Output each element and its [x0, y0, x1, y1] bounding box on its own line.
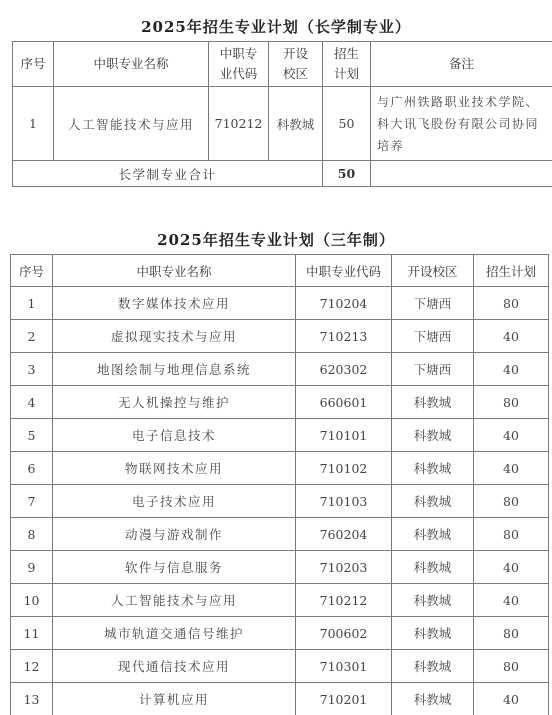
cell-no: 9	[11, 551, 53, 584]
cell-no: 8	[11, 518, 53, 551]
total-value: 50	[323, 161, 371, 187]
cell-name: 电子技术应用	[53, 485, 296, 518]
table-row: 7电子技术应用710103科教城80	[11, 485, 549, 518]
cell-code: 710212	[209, 87, 269, 161]
header-name: 中职专业名称	[54, 42, 209, 87]
cell-campus: 科教城	[392, 683, 474, 715]
cell-name: 现代通信技术应用	[53, 650, 296, 683]
cell-campus: 科教城	[392, 419, 474, 452]
cell-plan: 40	[474, 353, 549, 386]
cell-plan: 80	[474, 287, 549, 320]
table-row: 2虚拟现实技术与应用710213下塘西40	[11, 320, 549, 353]
cell-name: 地图绘制与地理信息系统	[53, 353, 296, 386]
cell-no: 1	[13, 87, 54, 161]
header-note: 备注	[371, 42, 552, 87]
header-plan: 招生计划	[323, 42, 371, 87]
cell-code: 710201	[296, 683, 392, 715]
cell-campus: 科教城	[269, 87, 323, 161]
cell-code: 710204	[296, 287, 392, 320]
cell-name: 无人机操控与维护	[53, 386, 296, 419]
cell-name: 城市轨道交通信号维护	[53, 617, 296, 650]
cell-plan: 80	[474, 485, 549, 518]
table-row: 1 人工智能技术与应用 710212 科教城 50 与广州铁路职业技术学院、科大…	[13, 87, 552, 161]
table-row: 9软件与信息服务710203科教城40	[11, 551, 549, 584]
cell-plan: 40	[474, 584, 549, 617]
cell-code: 620302	[296, 353, 392, 386]
cell-campus: 下塘西	[392, 320, 474, 353]
table-row: 8动漫与游戏制作760204科教城80	[11, 518, 549, 551]
cell-code: 710301	[296, 650, 392, 683]
cell-plan: 40	[474, 551, 549, 584]
cell-plan: 40	[474, 419, 549, 452]
header-code: 中职专业代码	[209, 42, 269, 87]
cell-campus: 科教城	[392, 485, 474, 518]
cell-no: 11	[11, 617, 53, 650]
cell-name: 电子信息技术	[53, 419, 296, 452]
cell-name: 虚拟现实技术与应用	[53, 320, 296, 353]
long-program-table: 序号 中职专业名称 中职专业代码 开设校区 招生计划 备注 1 人工智能技术与应…	[12, 41, 552, 187]
table-row: 13计算机应用710201科教城40	[11, 683, 549, 715]
cell-plan: 80	[474, 617, 549, 650]
cell-code: 660601	[296, 386, 392, 419]
total-row: 长学制专业合计 50	[13, 161, 552, 187]
cell-code: 710212	[296, 584, 392, 617]
cell-plan: 80	[474, 518, 549, 551]
cell-code: 710102	[296, 452, 392, 485]
table1-header-row: 序号 中职专业名称 中职专业代码 开设校区 招生计划 备注	[13, 42, 552, 87]
header-plan: 招生计划	[474, 255, 549, 287]
table-row: 11城市轨道交通信号维护700602科教城80	[11, 617, 549, 650]
cell-name: 软件与信息服务	[53, 551, 296, 584]
cell-plan: 80	[474, 386, 549, 419]
cell-code: 710213	[296, 320, 392, 353]
cell-code: 710103	[296, 485, 392, 518]
cell-plan: 40	[474, 452, 549, 485]
cell-name: 人工智能技术与应用	[54, 87, 209, 161]
cell-no: 1	[11, 287, 53, 320]
cell-plan: 50	[323, 87, 371, 161]
table-row: 5电子信息技术710101科教城40	[11, 419, 549, 452]
cell-campus: 科教城	[392, 617, 474, 650]
cell-campus: 科教城	[392, 584, 474, 617]
table2-header-row: 序号 中职专业名称 中职专业代码 开设校区 招生计划	[11, 255, 549, 287]
cell-campus: 下塘西	[392, 287, 474, 320]
cell-campus: 科教城	[392, 551, 474, 584]
table-row: 1数字媒体技术应用710204下塘西80	[11, 287, 549, 320]
header-no: 序号	[11, 255, 53, 287]
table-row: 12现代通信技术应用710301科教城80	[11, 650, 549, 683]
header-campus: 开设校区	[392, 255, 474, 287]
header-no: 序号	[13, 42, 54, 87]
cell-name: 数字媒体技术应用	[53, 287, 296, 320]
cell-no: 6	[11, 452, 53, 485]
table-row: 4无人机操控与维护660601科教城80	[11, 386, 549, 419]
cell-plan: 40	[474, 320, 549, 353]
cell-name: 物联网技术应用	[53, 452, 296, 485]
cell-no: 5	[11, 419, 53, 452]
table1-title: 2025年招生专业计划（长学制专业）	[0, 16, 552, 37]
header-code: 中职专业代码	[296, 255, 392, 287]
cell-code: 710203	[296, 551, 392, 584]
cell-campus: 下塘西	[392, 353, 474, 386]
cell-name: 计算机应用	[53, 683, 296, 715]
cell-no: 10	[11, 584, 53, 617]
cell-no: 2	[11, 320, 53, 353]
cell-no: 7	[11, 485, 53, 518]
cell-code: 710101	[296, 419, 392, 452]
cell-code: 700602	[296, 617, 392, 650]
cell-note: 与广州铁路职业技术学院、科大讯飞股份有限公司协同培养	[371, 87, 552, 161]
table-row: 3地图绘制与地理信息系统620302下塘西40	[11, 353, 549, 386]
cell-campus: 科教城	[392, 518, 474, 551]
table2-title: 2025年招生专业计划（三年制）	[0, 229, 552, 250]
cell-plan: 80	[474, 650, 549, 683]
three-year-program-table: 序号 中职专业名称 中职专业代码 开设校区 招生计划 1数字媒体技术应用7102…	[10, 254, 549, 715]
total-note	[371, 161, 552, 187]
header-name: 中职专业名称	[53, 255, 296, 287]
cell-campus: 科教城	[392, 452, 474, 485]
cell-campus: 科教城	[392, 650, 474, 683]
cell-no: 3	[11, 353, 53, 386]
header-campus: 开设校区	[269, 42, 323, 87]
cell-plan: 40	[474, 683, 549, 715]
table-row: 10人工智能技术与应用710212科教城40	[11, 584, 549, 617]
cell-name: 动漫与游戏制作	[53, 518, 296, 551]
cell-name: 人工智能技术与应用	[53, 584, 296, 617]
cell-campus: 科教城	[392, 386, 474, 419]
total-label: 长学制专业合计	[13, 161, 323, 187]
cell-no: 12	[11, 650, 53, 683]
cell-code: 760204	[296, 518, 392, 551]
table-row: 6物联网技术应用710102科教城40	[11, 452, 549, 485]
cell-no: 13	[11, 683, 53, 715]
cell-no: 4	[11, 386, 53, 419]
